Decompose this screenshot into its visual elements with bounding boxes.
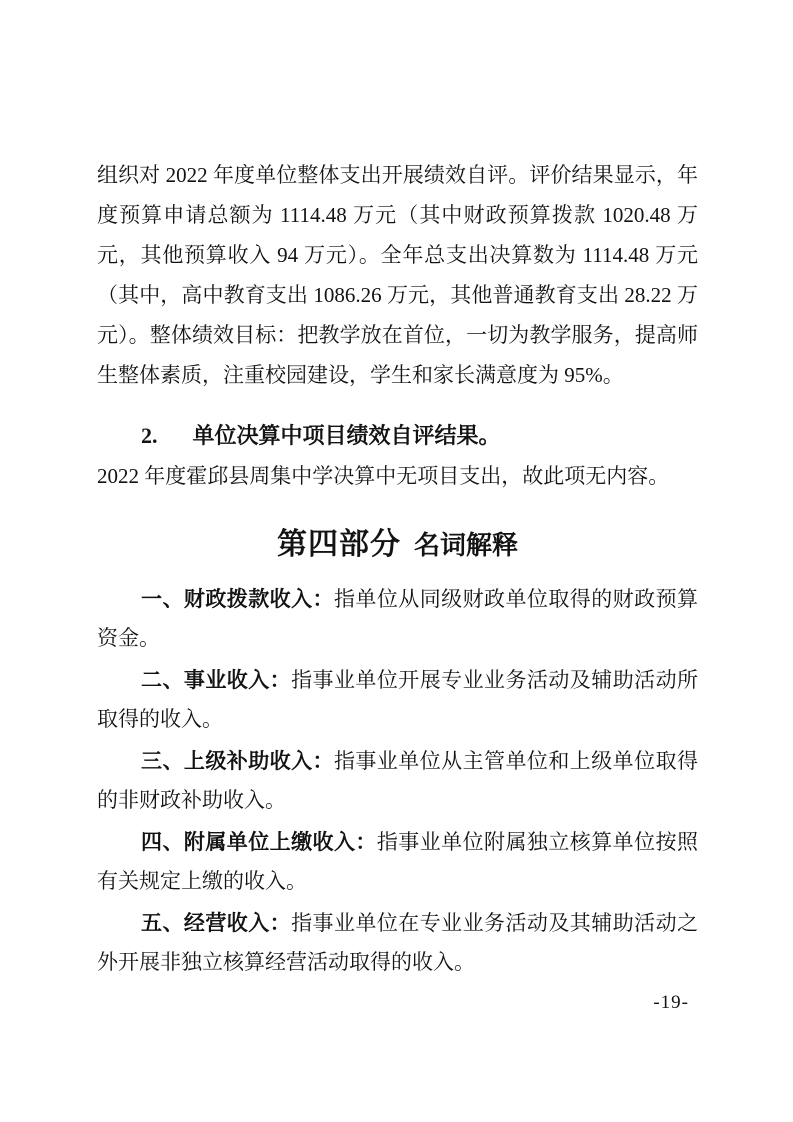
- definition-shangji-buzhu-shouru: 三、上级补助收入：指事业单位从主管单位和上级单位取得的非财政补助收入。: [97, 742, 698, 820]
- item2-title: 单位决算中项目绩效自评结果。: [193, 423, 501, 448]
- definition-shiye-shouru: 二、事业收入：指事业单位开展专业业务活动及辅助活动所取得的收入。: [97, 661, 698, 739]
- definition-term: 三、上级补助收入：: [141, 750, 334, 773]
- page-number: -19-: [653, 990, 689, 1016]
- section4-part-title: 名词解释: [414, 530, 518, 560]
- item2-heading: 2.单位决算中项目绩效自评结果。: [97, 416, 698, 456]
- document-page: { "page": { "number": "-19-" }, "intro_p…: [0, 0, 793, 1122]
- item2-body: 2022 年度霍邱县周集中学决算中无项目支出，故此项无内容。: [97, 456, 698, 496]
- definition-fushu-danwei-shangjiao-shouru: 四、附属单位上缴收入：指事业单位附属独立核算单位按照有关规定上缴的收入。: [97, 823, 698, 901]
- section4-part-label: 第四部分: [277, 528, 401, 561]
- definition-term: 五、经营收入：: [141, 912, 291, 935]
- definition-term: 四、附属单位上缴收入：: [141, 831, 377, 854]
- item2-number: 2.: [141, 416, 158, 456]
- definition-jingying-shouru: 五、经营收入：指事业单位在专业业务活动及其辅助活动之外开展非独立核算经营活动取得…: [97, 904, 698, 982]
- section4-title: 第四部分名词解释: [97, 522, 698, 568]
- performance-self-evaluation-paragraph: 组织对 2022 年度单位整体支出开展绩效自评。评价结果显示，年度预算申请总额为…: [97, 155, 698, 395]
- definition-term: 二、事业收入：: [141, 669, 291, 692]
- definition-caizheng-bokuan-shouru: 一、财政拨款收入：指单位从同级财政单位取得的财政预算资金。: [97, 580, 698, 658]
- page-content: 组织对 2022 年度单位整体支出开展绩效自评。评价结果显示，年度预算申请总额为…: [97, 155, 698, 985]
- definition-term: 一、财政拨款收入：: [141, 588, 334, 611]
- glossary-definitions: 一、财政拨款收入：指单位从同级财政单位取得的财政预算资金。 二、事业收入：指事业…: [97, 580, 698, 982]
